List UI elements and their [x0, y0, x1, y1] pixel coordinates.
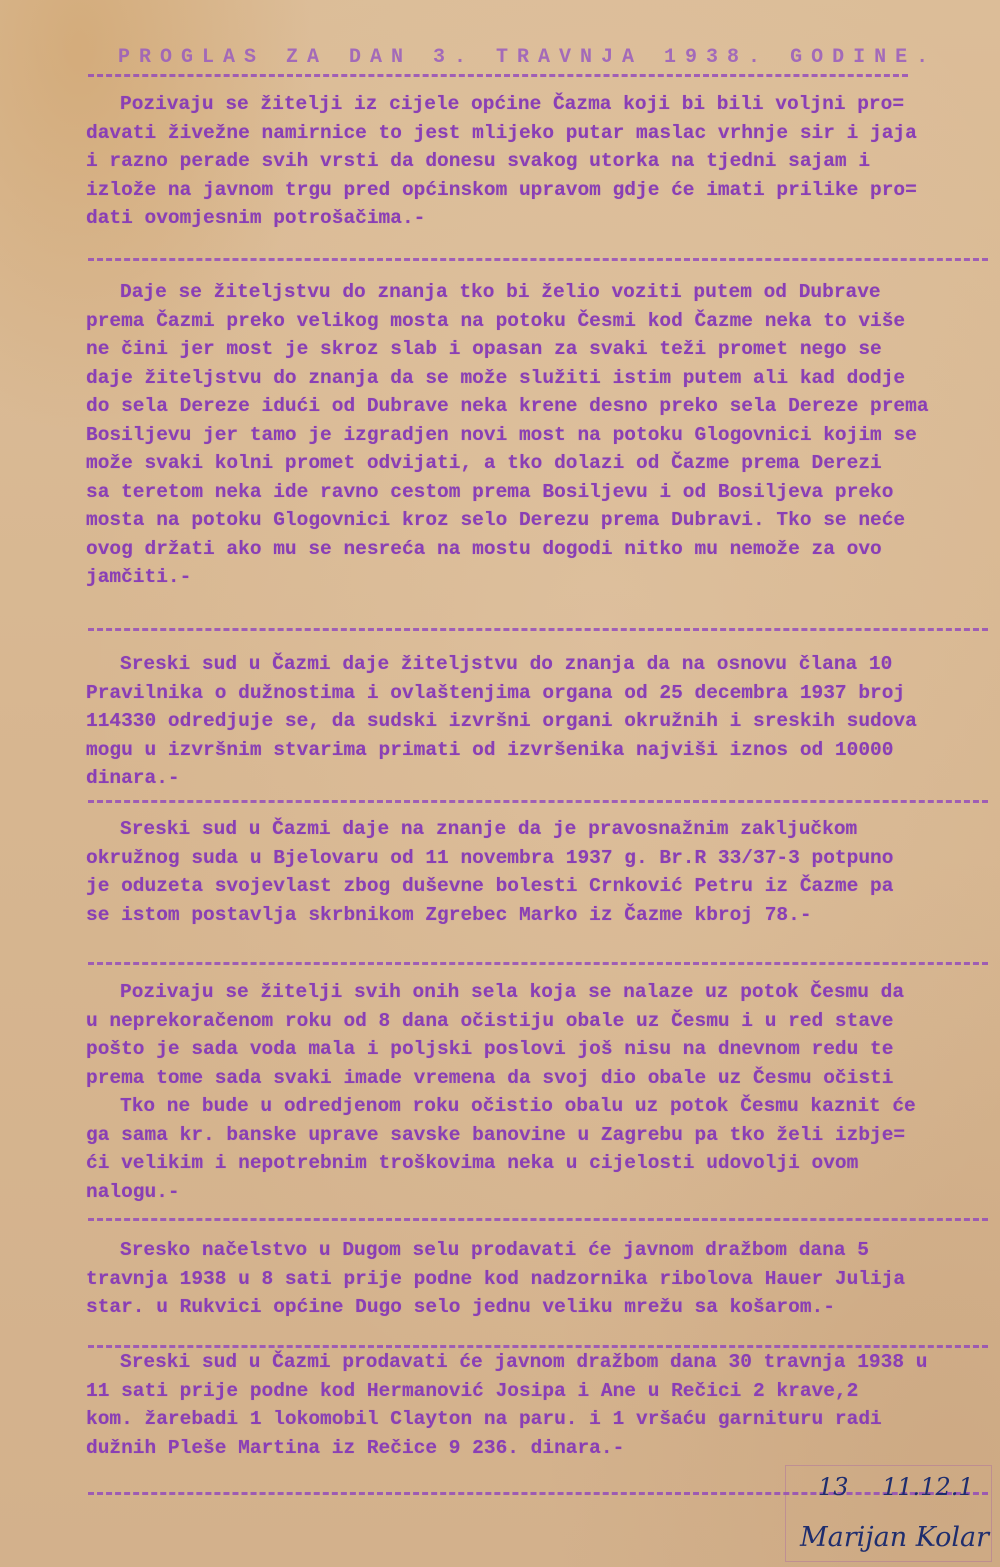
notice-line: dužnih Pleše Martina iz Rečice 9 236. di… — [86, 1434, 991, 1463]
notice-line: je oduzeta svojevlast zbog duševne boles… — [86, 872, 991, 901]
notice-line: davati živežne namirnice to jest mlijeko… — [86, 119, 991, 148]
section-divider — [88, 258, 988, 261]
notice-section: Pozivaju se žitelji svih onih sela koja … — [86, 978, 991, 1206]
section-divider — [88, 962, 988, 965]
notice-line: sa teretom neka ide ravno cestom prema B… — [86, 478, 991, 507]
notice-line: jamčiti.- — [86, 563, 991, 592]
handwritten-number: 13 — [818, 1473, 849, 1501]
notice-line: prema tome sada svaki imade vremena da s… — [86, 1064, 991, 1093]
notice-line: daje žiteljstvu do znanja da se može slu… — [86, 364, 991, 393]
notice-line: Sreski sud u Čazmi prodavati će javnom d… — [86, 1348, 991, 1377]
notice-line: i razno perade svih vrsti da donesu svak… — [86, 147, 991, 176]
notice-line: prema Čazmi preko velikog mosta na potok… — [86, 307, 991, 336]
section-divider — [88, 628, 988, 631]
notice-line: Pravilnika o dužnostima i ovlaštenjima o… — [86, 679, 991, 708]
notice-line: Sreski sud u Čazmi daje žiteljstvu do zn… — [86, 650, 991, 679]
notice-line: Bosiljevu jer tamo je izgradjen novi mos… — [86, 421, 991, 450]
handwritten-date: 11.12.1 — [882, 1473, 974, 1501]
title-underline — [88, 74, 908, 77]
notice-line: travnja 1938 u 8 sati prije podne kod na… — [86, 1265, 991, 1294]
notice-section: Sreski sud u Čazmi daje na znanje da je … — [86, 815, 991, 929]
notice-section: Pozivaju se žitelji iz cijele općine Čaz… — [86, 90, 991, 233]
notice-line: Pozivaju se žitelji svih onih sela koja … — [86, 978, 991, 1007]
notice-line: star. u Rukvici općine Dugo selo jednu v… — [86, 1293, 991, 1322]
notice-line: 11 sati prije podne kod Hermanović Josip… — [86, 1377, 991, 1406]
notice-line: 114330 odredjuje se, da sudski izvršni o… — [86, 707, 991, 736]
document-page: PROGLAS ZA DAN 3. TRAVNJA 1938. GODINE. … — [0, 0, 1000, 1567]
notice-line: Sresko načelstvo u Dugom selu prodavati … — [86, 1236, 991, 1265]
notice-line: dati ovomjesnim potrošačima.- — [86, 204, 991, 233]
notice-line: ovog držati ako mu se nesreća na mostu d… — [86, 535, 991, 564]
notice-line: Daje se žiteljstvu do znanja tko bi želi… — [86, 278, 991, 307]
notice-line: se istom postavlja skrbnikom Zgrebec Mar… — [86, 901, 991, 930]
document-title: PROGLAS ZA DAN 3. TRAVNJA 1938. GODINE. — [118, 46, 937, 69]
notice-line: do sela Dereze idući od Dubrave neka kre… — [86, 392, 991, 421]
notice-line: mosta na potoku Glogovnici kroz selo Der… — [86, 506, 991, 535]
notice-line: ga sama kr. banske uprave savske banovin… — [86, 1121, 991, 1150]
notice-line: Tko ne bude u odredjenom roku očistio ob… — [86, 1092, 991, 1121]
notice-line: izlože na javnom trgu pred općinskom upr… — [86, 176, 991, 205]
notice-line: ći velikim i nepotrebnim troškovima neka… — [86, 1149, 991, 1178]
handwritten-signature: Marijan Kolar — [800, 1522, 989, 1553]
notice-line: kom. žarebadi 1 lokomobil Clayton na par… — [86, 1405, 991, 1434]
notice-line: mogu u izvršnim stvarima primati od izvr… — [86, 736, 991, 765]
section-divider — [88, 1218, 988, 1221]
notice-line: Sreski sud u Čazmi daje na znanje da je … — [86, 815, 991, 844]
notice-line: u neprekoračenom roku od 8 dana očistiju… — [86, 1007, 991, 1036]
section-divider — [88, 800, 988, 803]
notice-section: Daje se žiteljstvu do znanja tko bi želi… — [86, 278, 991, 592]
notice-line: može svaki kolni promet odvijati, a tko … — [86, 449, 991, 478]
notice-line: Pozivaju se žitelji iz cijele općine Čaz… — [86, 90, 991, 119]
notice-line: pošto je sada voda mala i poljski poslov… — [86, 1035, 991, 1064]
notice-section: Sreski sud u Čazmi daje žiteljstvu do zn… — [86, 650, 991, 793]
notice-line: ne čini jer most je skroz slab i opasan … — [86, 335, 991, 364]
notice-section: Sresko načelstvo u Dugom selu prodavati … — [86, 1236, 991, 1322]
notice-line: okružnog suda u Bjelovaru od 11 novembra… — [86, 844, 991, 873]
notice-line: nalogu.- — [86, 1178, 991, 1207]
notice-section: Sreski sud u Čazmi prodavati će javnom d… — [86, 1348, 991, 1462]
notice-line: dinara.- — [86, 764, 991, 793]
